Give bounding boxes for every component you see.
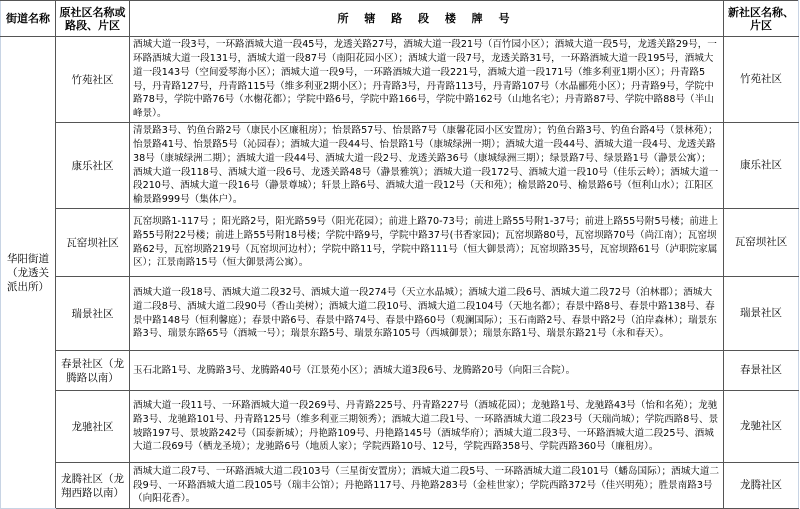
original-community: 康乐社区 [56, 123, 130, 209]
table-row: 华阳街道（龙透关派出所） 竹苑社区 酒城大道一段3号，一环路酒城大道一段45号，… [1, 37, 799, 123]
table-row: 康乐社区 清景路3号、钓鱼台路2号（康民小区廉租房）；怡景路57号、怡景路7号（… [1, 123, 799, 209]
header-row: 街道名称 原社区名称或路段、片区 所 辖 路 段 楼 牌 号 新社区名称、片区 [1, 1, 799, 37]
address-list: 酒城大道一段3号，一环路酒城大道一段45号，龙透关路27号，酒城大道一段21号（… [130, 37, 724, 123]
new-community: 龙驰社区 [724, 391, 799, 463]
original-community: 瑞景社区 [56, 277, 130, 351]
address-list: 酒城大道一段18号、酒城大道二段32号、酒城大道一段274号（天立水晶城）；酒城… [130, 277, 724, 351]
street-name: 华阳街道（龙透关派出所） [1, 37, 56, 463]
address-list: 清景路3号、钓鱼台路2号（康民小区廉租房）；怡景路57号、怡景路7号（康馨花园小… [130, 123, 724, 209]
header-original-community: 原社区名称或路段、片区 [56, 1, 130, 37]
original-community: 竹苑社区 [56, 37, 130, 123]
new-community: 竹苑社区 [724, 37, 799, 123]
new-community: 春景社区 [724, 351, 799, 391]
header-street: 街道名称 [1, 1, 56, 37]
original-community: 瓦窑坝社区 [56, 209, 130, 277]
address-list: 玉石北路1号、龙腾路3号、龙腾路40号（江景苑小区）；酒城大道3段6号、龙腾路2… [130, 351, 724, 391]
table-row: 瓦窑坝社区 瓦窑坝路1-117号 ；阳光路2号，阳光路59号（阳光花园）；前进上… [1, 209, 799, 277]
table-row: 春景社区（龙腾路以南） 玉石北路1号、龙腾路3号、龙腾路40号（江景苑小区）；酒… [1, 351, 799, 391]
original-community: 龙驰社区 [56, 391, 130, 463]
table-row: 龙驰社区 酒城大道一段11号、一环路酒城大道一段269号、丹青路225号、丹青路… [1, 391, 799, 463]
header-new-community: 新社区名称、片区 [724, 1, 799, 37]
new-community: 瓦窑坝社区 [724, 209, 799, 277]
new-community: 康乐社区 [724, 123, 799, 209]
community-address-table: 街道名称 原社区名称或路段、片区 所 辖 路 段 楼 牌 号 新社区名称、片区 … [0, 0, 799, 462]
address-list: 瓦窑坝路1-117号 ；阳光路2号，阳光路59号（阳光花园）；前进上路70-73… [130, 209, 724, 277]
original-community: 春景社区（龙腾路以南） [56, 351, 130, 391]
address-list: 酒城大道一段11号、一环路酒城大道一段269号、丹青路225号、丹青路227号（… [130, 391, 724, 463]
table-row: 瑞景社区 酒城大道一段18号、酒城大道二段32号、酒城大道一段274号（天立水晶… [1, 277, 799, 351]
header-addresses: 所 辖 路 段 楼 牌 号 [130, 1, 724, 37]
new-community: 瑞景社区 [724, 277, 799, 351]
